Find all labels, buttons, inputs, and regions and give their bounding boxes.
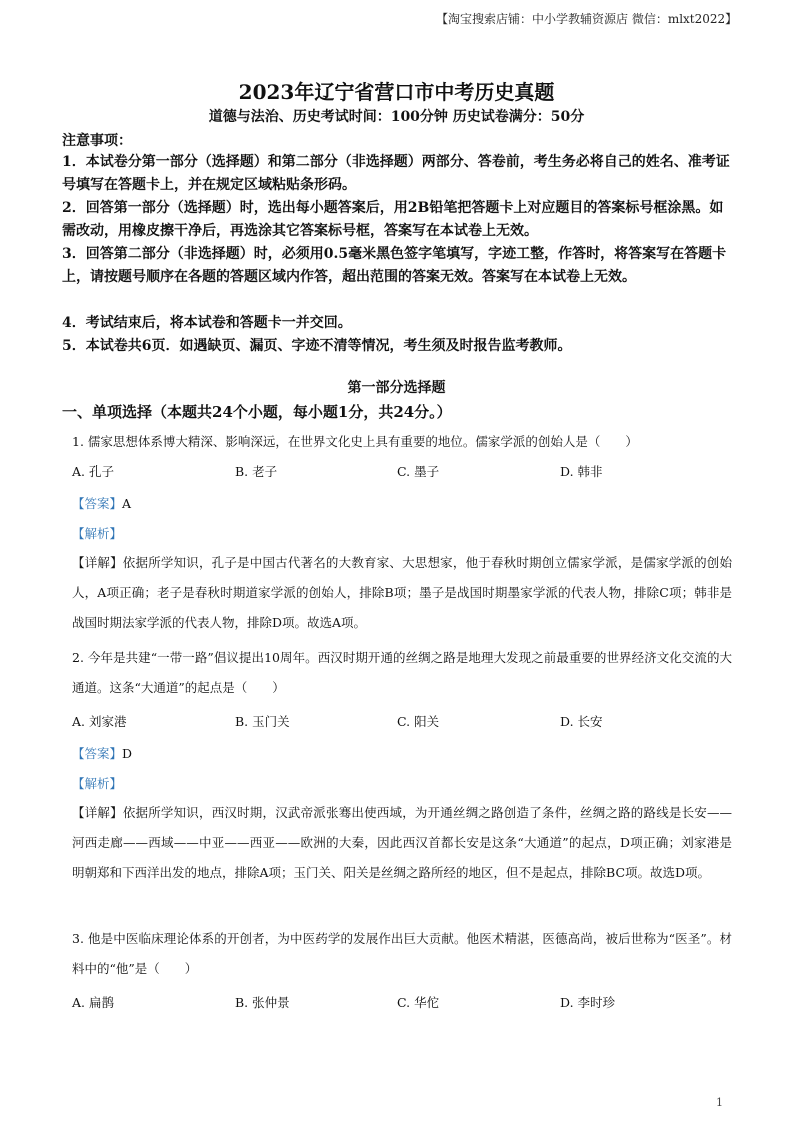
question-1-option-c: C. 墨子 bbox=[397, 462, 439, 480]
page-title: 2023年辽宁省营口市中考历史真题 bbox=[0, 76, 793, 105]
question-1-answer: 【答案】A bbox=[72, 494, 131, 512]
question-1-detail: 【详解】依据所学知识，孔子是中国古代著名的大教育家、大思想家，他于春秋时期创立儒… bbox=[72, 548, 732, 638]
page-number: 1 bbox=[716, 1096, 723, 1109]
part-heading: 一、单项选择（本题共24个小题，每小题1分，共24分。） bbox=[62, 401, 452, 422]
notice-item-4: 4．考试结束后，将本试卷和答题卡一并交回。 bbox=[62, 312, 732, 335]
question-3-stem: 3. 他是中医临床理论体系的开创者，为中医药学的发展作出巨大贡献。他医术精湛，医… bbox=[72, 924, 732, 984]
question-2-answer: 【答案】D bbox=[72, 744, 132, 762]
question-1-option-b: B. 老子 bbox=[235, 462, 277, 480]
question-3-option-a: A. 扁鹊 bbox=[72, 993, 114, 1011]
answer-label: 【答案】 bbox=[72, 496, 122, 511]
question-1-analysis-label: 【解析】 bbox=[72, 524, 122, 542]
answer-value: D bbox=[122, 746, 132, 761]
exam-subtitle: 道德与法治、历史考试时间：100分钟 历史试卷满分：50分 bbox=[0, 106, 793, 126]
question-2-stem: 2. 今年是共建“一带一路”倡议提出10周年。西汉时期开通的丝绸之路是地理大发现… bbox=[72, 643, 732, 703]
notice-item-5: 5．本试卷共6页．如遇缺页、漏页、字迹不清等情况，考生须及时报告监考教师。 bbox=[62, 335, 732, 358]
detail-label: 【详解】 bbox=[72, 805, 123, 820]
notice-heading: 注意事项： bbox=[62, 130, 132, 150]
question-2-analysis-label: 【解析】 bbox=[72, 774, 122, 792]
detail-text: 依据所学知识，西汉时期，汉武帝派张骞出使西域，为开通丝绸之路创造了条件，丝绸之路… bbox=[72, 805, 732, 880]
header-note: 【淘宝搜索店铺：中小学教辅资源店 微信：mlxt2022】 bbox=[436, 10, 737, 27]
question-2-option-d: D. 长安 bbox=[560, 712, 603, 730]
question-3-option-c: C. 华佗 bbox=[397, 993, 439, 1011]
question-2-option-c: C. 阳关 bbox=[397, 712, 439, 730]
detail-text: 依据所学知识，孔子是中国古代著名的大教育家、大思想家，他于春秋时期创立儒家学派，… bbox=[72, 555, 732, 630]
detail-label: 【详解】 bbox=[72, 555, 123, 570]
question-1-option-d: D. 韩非 bbox=[560, 462, 603, 480]
answer-label: 【答案】 bbox=[72, 746, 122, 761]
notice-item-1: 1．本试卷分第一部分（选择题）和第二部分（非选择题）两部分、答卷前，考生务必将自… bbox=[62, 151, 732, 197]
question-2-option-b: B. 玉门关 bbox=[235, 712, 290, 730]
question-2-option-a: A. 刘家港 bbox=[72, 712, 126, 730]
question-1-stem: 1. 儒家思想体系博大精深、影响深远，在世界文化史上具有重要的地位。儒家学派的创… bbox=[72, 432, 638, 450]
question-2-detail: 【详解】依据所学知识，西汉时期，汉武帝派张骞出使西域，为开通丝绸之路创造了条件，… bbox=[72, 798, 732, 888]
question-3-option-b: B. 张仲景 bbox=[235, 993, 290, 1011]
section-heading: 第一部分选择题 bbox=[0, 377, 793, 397]
notice-item-3: 3．回答第二部分（非选择题）时，必须用0.5毫米黑色签字笔填写，字迹工整，作答时… bbox=[62, 243, 732, 289]
question-1-option-a: A. 孔子 bbox=[72, 462, 114, 480]
question-3-option-d: D. 李时珍 bbox=[560, 993, 615, 1011]
notice-item-2: 2．回答第一部分（选择题）时，选出每小题答案后，用2B铅笔把答题卡上对应题目的答… bbox=[62, 197, 732, 243]
answer-value: A bbox=[122, 496, 131, 511]
